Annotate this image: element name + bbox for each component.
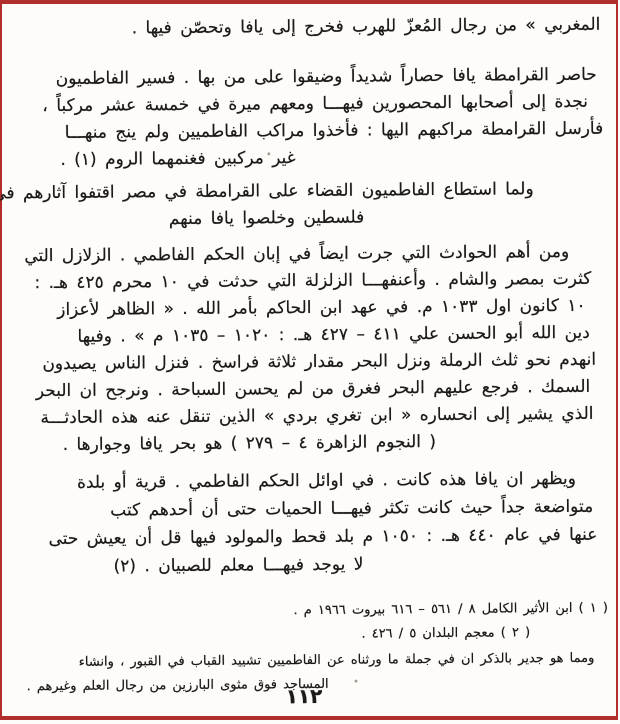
text-line: السمك . فرجع عليهم البحر فغرق من لم يحسن…	[36, 374, 591, 404]
scan-speck	[355, 680, 358, 683]
text-line: ويظهر ان يافا هذه كانت . في اوائل الحكم …	[77, 466, 576, 496]
footnote-note-line-end: المساجد فوق مثوى البارزين من رجال العلم …	[26, 674, 328, 698]
text-line: نجدة إلى أصحابها المحصورين فيهـــا ومعهم…	[42, 89, 588, 119]
text-line: ١٠ كانون اول ١٠٣٣ م. في عهد ابن الحاكم ب…	[57, 293, 586, 323]
scan-speck	[267, 152, 270, 155]
text-line: حاصر القرامطة يافا حصاراً شديداً وضيقوا …	[56, 62, 597, 92]
text-line-paragraph-end: ( النجوم الزاهرة ٤ – ٢٧٩ ) هو بحر يافا و…	[63, 429, 437, 458]
text-line: فأرسل القرامطة مراكبهم اليها : فأخذوا مر…	[65, 116, 604, 146]
text-line: ولما استطاع الفاطميون القضاء على القرامط…	[0, 176, 534, 206]
book-page-scan: المغربي » من رجال المُعزّ للهرب فخرج إلى…	[0, 0, 620, 724]
text-line: ومن أهم الحوادث التي جرت ايضاً في إبان ا…	[24, 239, 569, 269]
scan-speck	[261, 681, 264, 684]
footnote-note-line: ومما هو جدير بالذكر ان في جملة ما ورثناه…	[79, 648, 595, 674]
text-line-paragraph-end: فلسطين وخلصوا يافا منهم	[169, 205, 365, 233]
text-line-paragraph-end: لا يوجد فيهـــا معلم للصبيان . (٢)	[114, 552, 364, 580]
text-line: انهدم نحو ثلث الرملة ونزل البحر مقدار ثل…	[42, 347, 596, 377]
text-line-paragraph-end: غير مركبين فغنمهما الروم (١) .	[60, 145, 295, 173]
footnote-2: ( ٢ ) معجم البلدان ٥ / ٤٢٦ .	[361, 622, 530, 645]
text-line: عنها في عام ٤٤٠ هـ. : ١٠٥٠ م بلد قحط وال…	[48, 522, 597, 552]
text-line: كثرت بمصر والشام . وأعنفهـــا الزلزلة ال…	[34, 266, 591, 296]
text-line: متواضعة جداً حيث كانت تكثر فيهـــا الحمي…	[110, 494, 593, 524]
page-number: ١١٢	[286, 684, 323, 708]
text-line: الذي يشير إلى انحساره « ابن تغري بردي » …	[40, 401, 593, 431]
footnote-1: ( ١ ) ابن الأثير الكامل ٨ / ٥٦١ – ٦١٦ بي…	[293, 598, 608, 622]
text-line-continuation: المغربي » من رجال المُعزّ للهرب فخرج إلى…	[132, 12, 601, 42]
text-line: دين الله أبو الحسن علي ٤١١ – ٤٢٧ هـ. : ١…	[77, 320, 590, 350]
